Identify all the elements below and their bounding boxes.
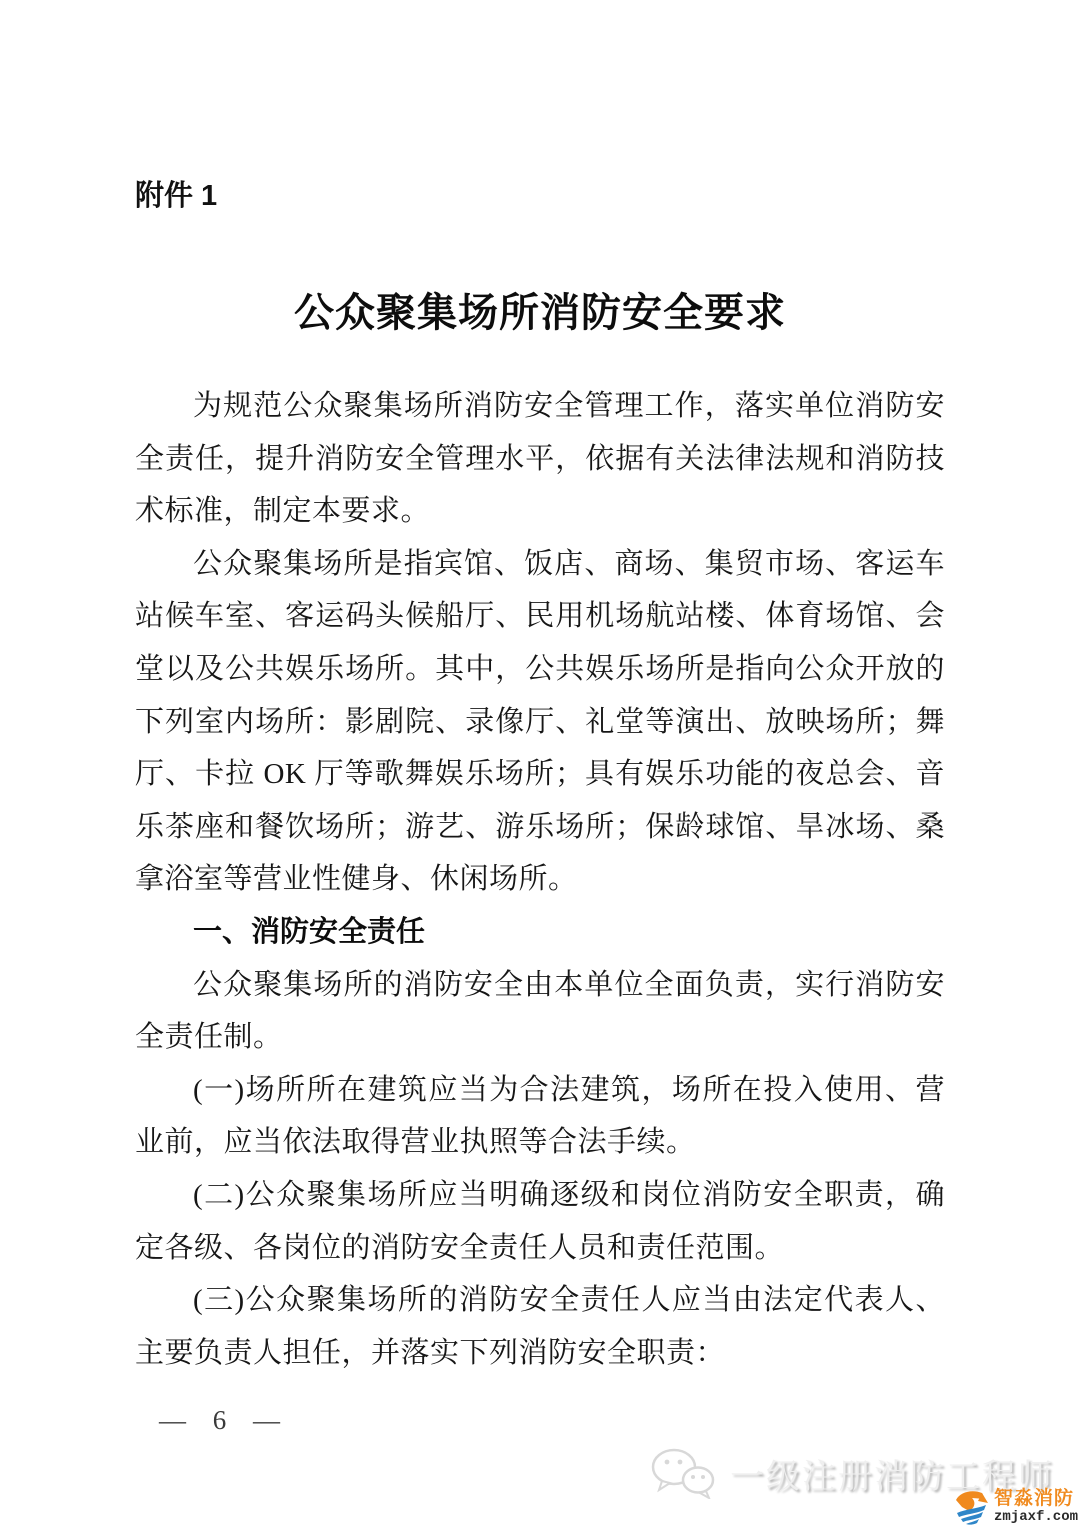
paragraph-item-2: (二)公众聚集场所应当明确逐级和岗位消防安全职责，确定各级、各岗位的消防安全责任…: [135, 1169, 945, 1274]
brand-url: zmjaxf.com: [994, 1510, 1078, 1524]
brand-logo-icon: [952, 1487, 990, 1525]
brand-logo: 智淼消防 zmjaxf.com: [952, 1487, 1078, 1525]
wechat-icon: [648, 1447, 720, 1499]
paragraph-item-1: (一)场所所在建筑应当为合法建筑，场所在投入使用、营业前，应当依法取得营业执照等…: [135, 1064, 945, 1169]
paragraph-definition: 公众聚集场所是指宾馆、饭店、商场、集贸市场、客运车站候车室、客运码头候船厅、民用…: [135, 538, 945, 906]
section-heading-1: 一、消防安全责任: [135, 906, 945, 959]
document-page: 附件 1 公众聚集场所消防安全要求 为规范公众聚集场所消防安全管理工作，落实单位…: [0, 0, 1080, 1527]
attachment-label: 附件 1: [135, 180, 945, 212]
brand-logo-text: 智淼消防 zmjaxf.com: [994, 1489, 1078, 1524]
paragraph-intro: 为规范公众聚集场所消防安全管理工作，落实单位消防安全责任，提升消防安全管理水平，…: [135, 380, 945, 538]
paragraph-item-3: (三)公众聚集场所的消防安全责任人应当由法定代表人、主要负责人担任，并落实下列消…: [135, 1274, 945, 1379]
body-text: 为规范公众聚集场所消防安全管理工作，落实单位消防安全责任，提升消防安全管理水平，…: [135, 380, 945, 1379]
brand-name: 智淼消防: [994, 1489, 1074, 1508]
document-content: 附件 1 公众聚集场所消防安全要求 为规范公众聚集场所消防安全管理工作，落实单位…: [135, 180, 945, 1436]
page-number: — 6 —: [159, 1405, 945, 1436]
document-title: 公众聚集场所消防安全要求: [135, 288, 945, 338]
paragraph-responsibility: 公众聚集场所的消防安全由本单位全面负责，实行消防安全责任制。: [135, 959, 945, 1064]
